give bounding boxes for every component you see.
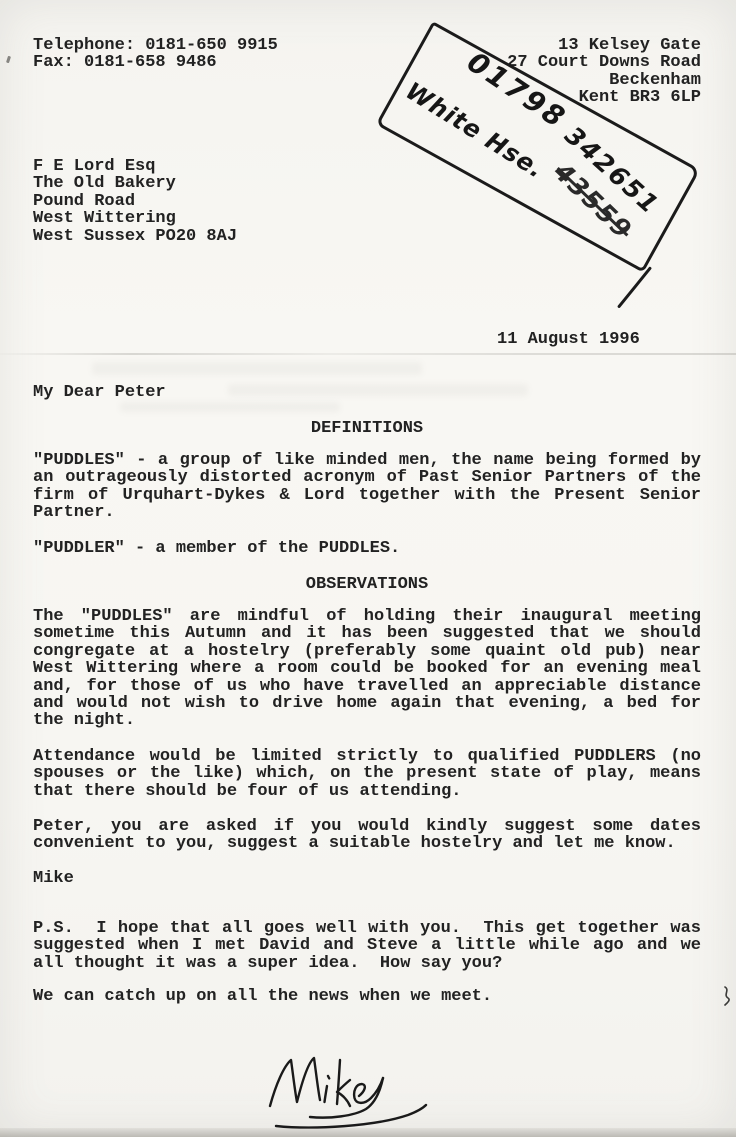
definitions-heading: DEFINITIONS bbox=[33, 420, 701, 437]
text-line: sometime this Autumn and it has been sug… bbox=[33, 625, 701, 642]
text-line: West Wittering where a room could be boo… bbox=[33, 660, 701, 677]
text-line: that there should be four of us attendin… bbox=[33, 783, 701, 800]
scan-ghosting bbox=[120, 402, 340, 412]
text-line: Peter, you are asked if you would kindly… bbox=[33, 818, 701, 835]
recipient-address-block: F E Lord EsqThe Old BakeryPound RoadWest… bbox=[33, 158, 701, 245]
scan-ghosting bbox=[92, 362, 422, 375]
postscript-paragraph: P.S. I hope that all goes well with you.… bbox=[33, 920, 701, 972]
paragraph-puddles-definition: "PUDDLES" - a group of like minded men, … bbox=[33, 452, 701, 522]
observations-heading: OBSERVATIONS bbox=[33, 576, 701, 593]
text-line: an outrageously distorted acronym of Pas… bbox=[33, 469, 701, 486]
scan-bottom-edge bbox=[0, 1128, 736, 1137]
letter-date: 11 August 1996 bbox=[497, 331, 701, 348]
signoff-name: Mike bbox=[33, 870, 701, 887]
text-line: Pound Road bbox=[33, 193, 701, 210]
text-line: spouses or the like) which, on the prese… bbox=[33, 765, 701, 782]
telephone-line: Telephone: 0181-650 9915 bbox=[33, 37, 278, 54]
text-line: firm of Urquhart-Dykes & Lord together w… bbox=[33, 487, 701, 504]
text-line: convenient to you, suggest a suitable ho… bbox=[33, 835, 701, 852]
paragraph-puddler-definition: "PUDDLER" - a member of the PUDDLES. bbox=[33, 540, 701, 557]
text-line: and, for those of us who have travelled … bbox=[33, 678, 701, 695]
text-line: West Sussex PO20 8AJ bbox=[33, 228, 701, 245]
text-line: and would not wish to drive home again t… bbox=[33, 695, 701, 712]
text-line: congregate at a hostelry (preferably som… bbox=[33, 643, 701, 660]
text-line: Partner. bbox=[33, 504, 701, 521]
salutation: My Dear Peter bbox=[33, 384, 701, 401]
scan-speck bbox=[6, 56, 11, 64]
text-line: F E Lord Esq bbox=[33, 158, 701, 175]
text-line: the night. bbox=[33, 712, 701, 729]
signature-handwriting bbox=[258, 1048, 438, 1132]
scan-fold-line bbox=[0, 353, 736, 355]
closing-line: We can catch up on all the news when we … bbox=[33, 988, 701, 1005]
text-line: West Wittering bbox=[33, 210, 701, 227]
scan-squiggle bbox=[721, 986, 733, 1006]
text-line: The "PUDDLES" are mindful of holding the… bbox=[33, 608, 701, 625]
paragraph-attendance: Attendance would be limited strictly to … bbox=[33, 748, 701, 800]
date-line: 11 August 1996 bbox=[33, 331, 701, 348]
sender-contact-block: Telephone: 0181-650 9915 Fax: 0181-658 9… bbox=[33, 37, 278, 72]
text-line: all thought it was a super idea. How say… bbox=[33, 955, 701, 972]
text-line: The Old Bakery bbox=[33, 175, 701, 192]
fax-line: Fax: 0181-658 9486 bbox=[33, 54, 278, 71]
letter-page: Telephone: 0181-650 9915 Fax: 0181-658 9… bbox=[0, 0, 736, 1137]
text-line: Attendance would be limited strictly to … bbox=[33, 748, 701, 765]
signature-icon bbox=[258, 1048, 438, 1132]
text-line: P.S. I hope that all goes well with you.… bbox=[33, 920, 701, 937]
text-line: "PUDDLES" - a group of like minded men, … bbox=[33, 452, 701, 469]
paragraph-meeting: The "PUDDLES" are mindful of holding the… bbox=[33, 608, 701, 730]
paragraph-request: Peter, you are asked if you would kindly… bbox=[33, 818, 701, 853]
text-line: suggested when I met David and Steve a l… bbox=[33, 937, 701, 954]
